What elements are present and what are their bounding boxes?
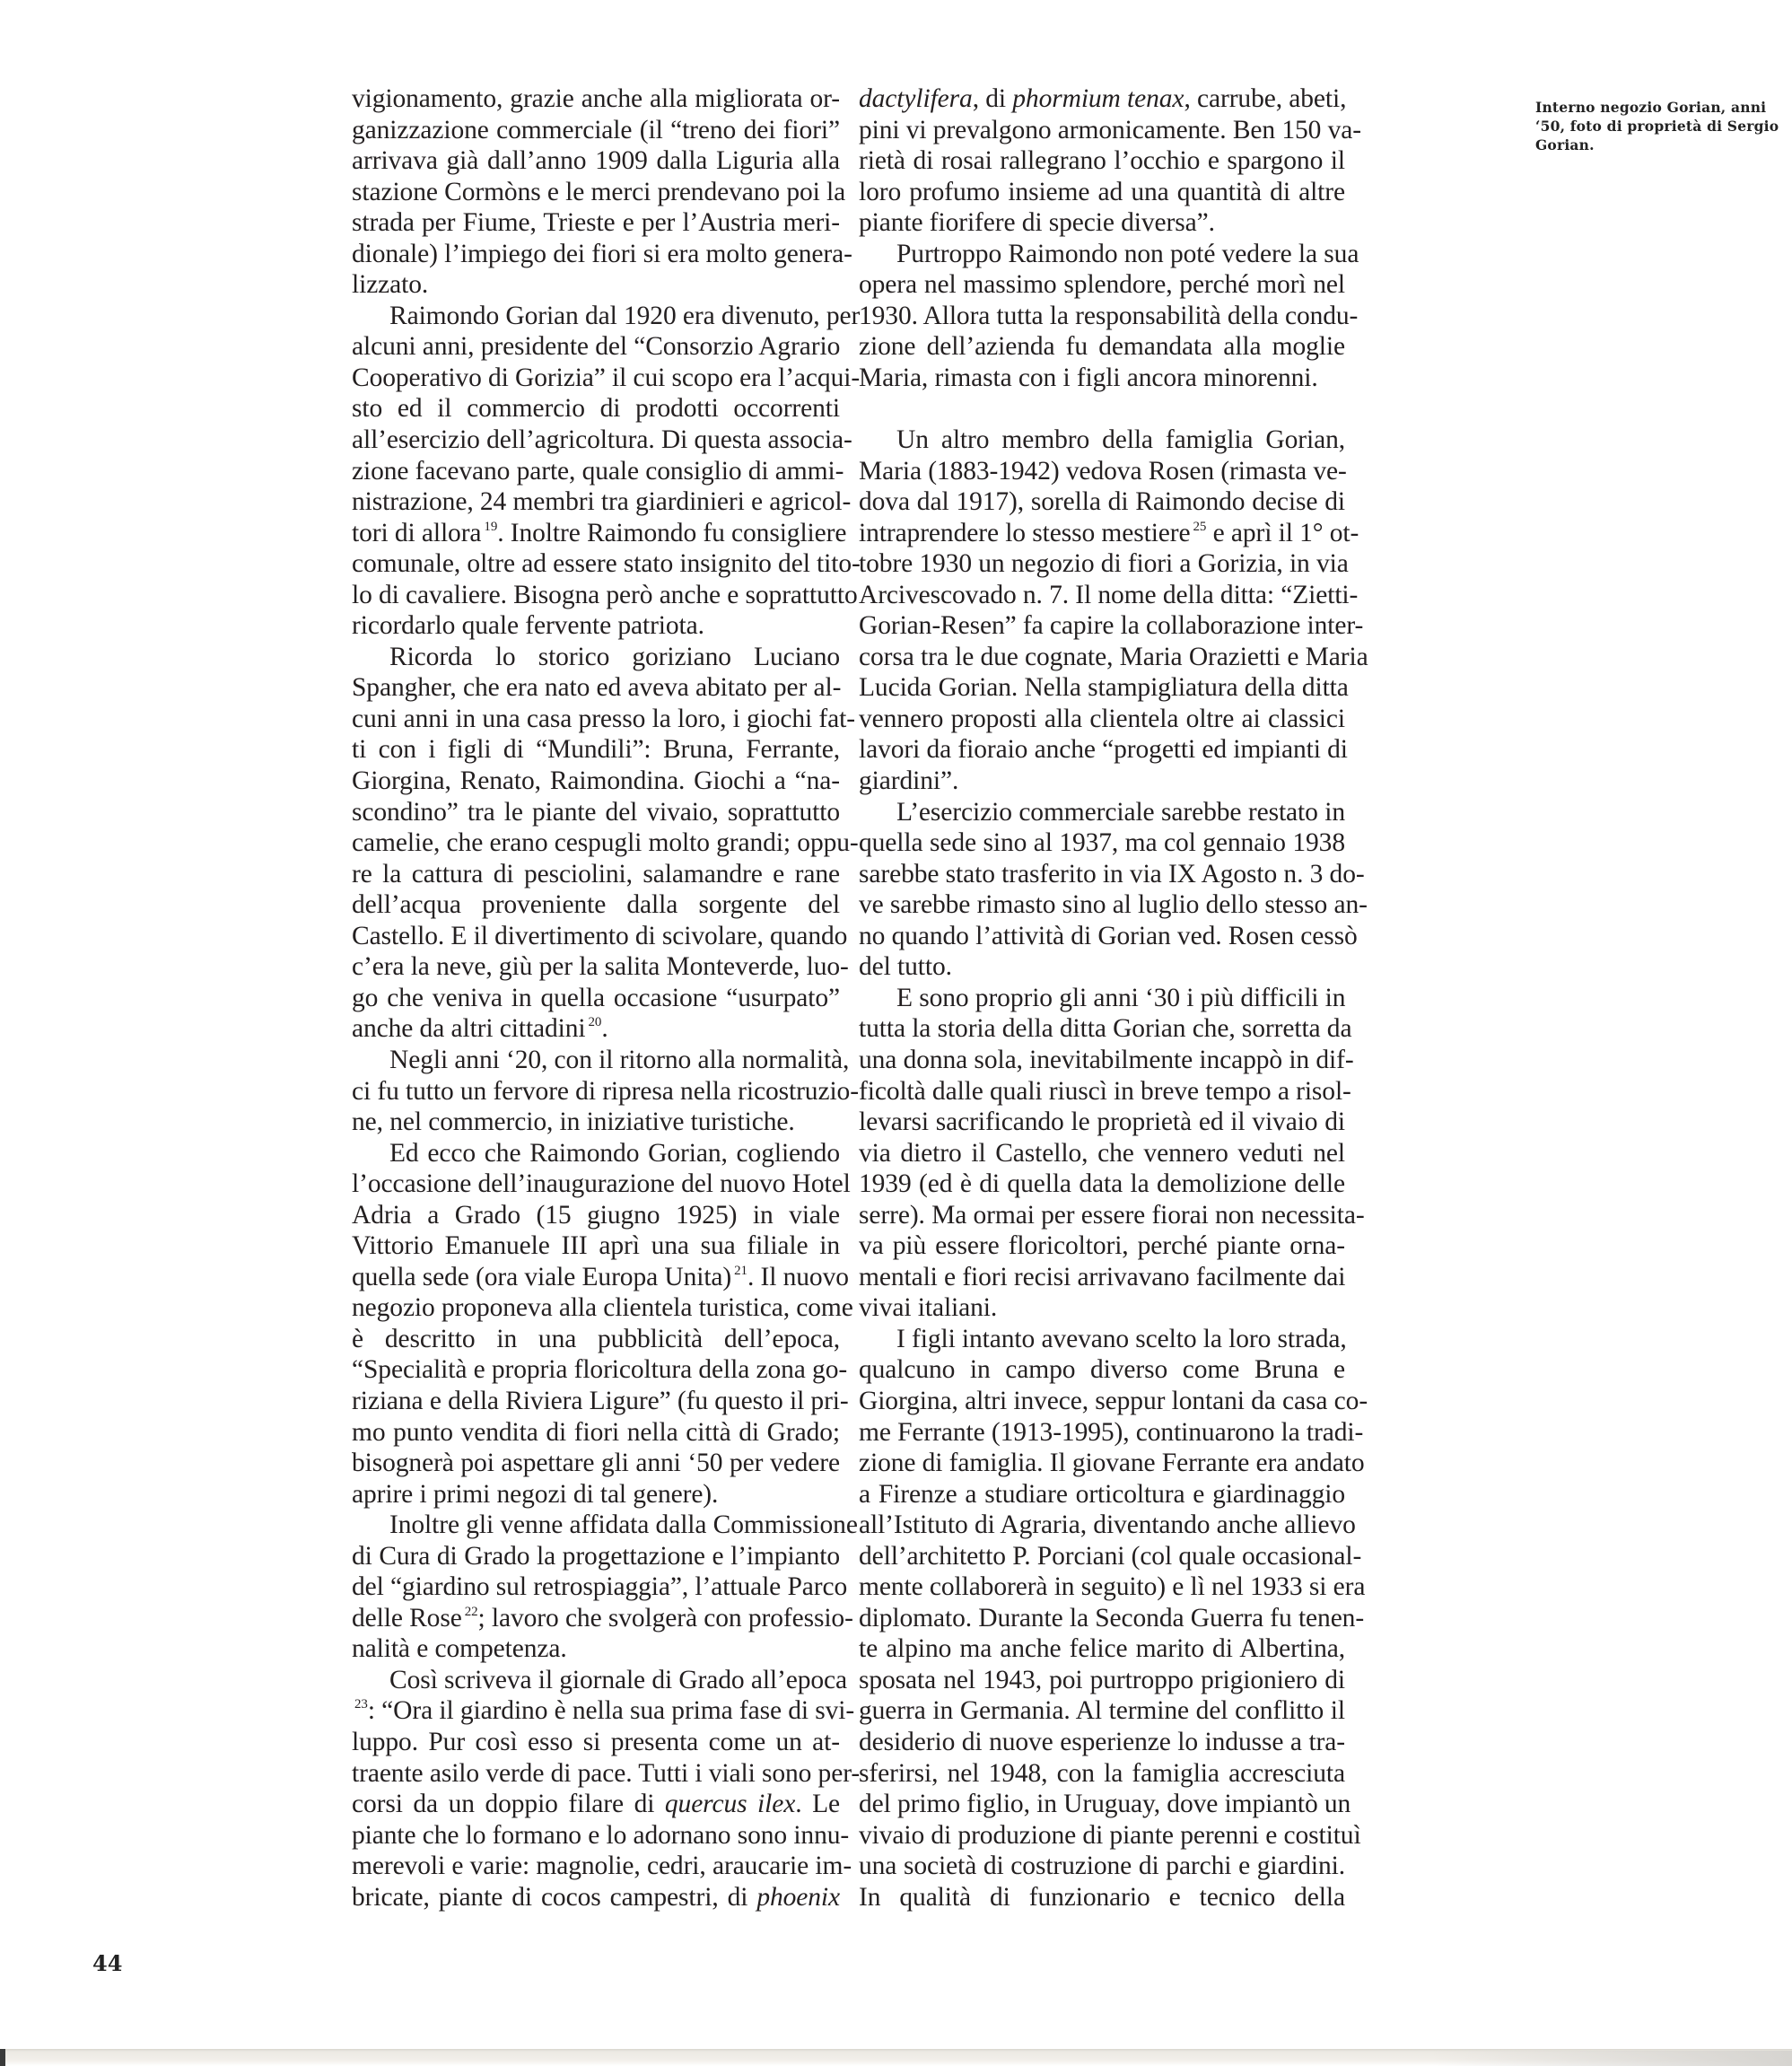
text-segment: arrivava già dall’anno 1909 dalla Liguri… [352, 146, 840, 175]
footnote-ref: 22 [465, 1605, 478, 1619]
text-segment: va più essere floricoltori, perché piant… [859, 1231, 1345, 1260]
text-line: levarsi sacrificando le proprietà ed il … [859, 1107, 1345, 1138]
text-line: Negli anni ‘20, con il ritorno alla norm… [352, 1045, 840, 1076]
scan-bottom-edge [0, 2049, 1792, 2066]
text-segment: dova dal 1917), sorella di Raimondo deci… [859, 487, 1345, 516]
text-line: lizzato. [352, 269, 840, 301]
text-segment: rietà di rosai rallegrano l’occhio e spa… [859, 146, 1345, 175]
text-segment: Vittorio Emanuele III aprì una sua filia… [352, 1231, 840, 1260]
text-line: alcuni anni, presidente del “Consorzio A… [352, 331, 840, 363]
text-segment: sarebbe stato trasferito in via IX Agost… [859, 860, 1365, 889]
text-segment: sferirsi, nel 1948, con la famiglia accr… [859, 1759, 1345, 1788]
text-segment: Giorgina, altri invece, seppur lontani d… [859, 1387, 1368, 1415]
text-line: comunale, oltre ad essere stato insignit… [352, 548, 840, 580]
text-line: piante che lo formano e lo adornano sono… [352, 1820, 840, 1852]
text-line: all’esercizio dell’agricoltura. Di quest… [352, 425, 840, 456]
text-line: Un altro membro della famiglia Gorian, [859, 425, 1345, 456]
text-line: ne, nel commercio, in iniziative turisti… [352, 1107, 840, 1138]
text-segment: di Cura di Grado la progettazione e l’im… [352, 1542, 840, 1571]
text-line: loro profumo insieme ad una quantità di … [859, 177, 1345, 208]
caption-line: Gorian. [1535, 136, 1792, 154]
text-segment: Raimondo Gorian dal 1920 era divenuto, p… [389, 302, 860, 330]
text-line: 1939 (ed è di quella data la demolizione… [859, 1169, 1345, 1200]
text-segment: levarsi sacrificando le proprietà ed il … [859, 1107, 1345, 1136]
text-line: nalità e competenza. [352, 1633, 840, 1665]
text-line: ficoltà dalle quali riuscì in breve temp… [859, 1076, 1345, 1107]
text-segment: Maria, rimasta con i figli ancora minore… [859, 363, 1318, 392]
text-line: Maria (1883-1942) vedova Rosen (rimasta … [859, 456, 1345, 487]
text-segment: all’Istituto di Agraria, diventando anch… [859, 1510, 1356, 1539]
text-line: Arcivescovado n. 7. Il nome della ditta:… [859, 580, 1345, 611]
footnote-ref: 25 [1193, 520, 1207, 534]
text-segment: dell’architetto P. Porciani (col quale o… [859, 1542, 1361, 1571]
page-number: 44 [92, 1950, 122, 1976]
text-segment: vivai italiani. [859, 1293, 997, 1322]
text-line: mentali e fiori recisi arrivavano facilm… [859, 1262, 1345, 1293]
text-segment: Gorian-Resen” fa capire la collaborazion… [859, 611, 1363, 640]
text-segment: re la cattura di pesciolini, salamandre … [352, 860, 840, 889]
text-line: Adria a Grado (15 giugno 1925) in viale [352, 1200, 840, 1231]
text-line: dell’acqua proveniente dalla sorgente de… [352, 889, 840, 921]
text-segment: Ed ecco che Raimondo Gorian, cogliendo [389, 1139, 840, 1168]
text-line: l’occasione dell’inaugurazione del nuovo… [352, 1169, 840, 1200]
text-segment: serre). Ma ormai per essere fiorai non n… [859, 1201, 1365, 1230]
text-segment: Giorgina, Renato, Raimondina. Giochi a “… [352, 766, 840, 795]
text-line: c’era la neve, giù per la salita Monteve… [352, 951, 840, 983]
text-line: negozio proponeva alla clientela turisti… [352, 1292, 840, 1324]
text-segment: e aprì il 1° ot- [1206, 519, 1359, 547]
text-segment: scondino” tra le piante del vivaio, sopr… [352, 798, 840, 827]
text-line: desiderio di nuove esperienze lo indusse… [859, 1727, 1345, 1758]
text-column-left: vigionamento, grazie anche alla migliora… [352, 83, 840, 1913]
text-line: del “giardino sul retrospiaggia”, l’attu… [352, 1571, 840, 1603]
photo-caption: Interno negozio Gorian, anni ‘50, foto d… [1535, 98, 1792, 154]
footnote-ref: 23 [354, 1697, 368, 1711]
text-segment: stazione Cormòns e le merci prendevano p… [352, 178, 845, 206]
text-line: ve sarebbe rimasto sino al luglio dello … [859, 889, 1345, 921]
text-line: Giorgina, Renato, Raimondina. Giochi a “… [352, 766, 840, 797]
text-segment: In qualità di funzionario e tecnico dell… [859, 1883, 1345, 1912]
text-line: dionale) l’impiego dei fiori si era molt… [352, 239, 840, 270]
text-line: cuni anni in una casa presso la loro, i … [352, 704, 840, 735]
text-line: pini vi prevalgono armonicamente. Ben 15… [859, 115, 1345, 146]
text-line: corsi da un doppio filare di quercus ile… [352, 1789, 840, 1820]
text-line: E sono proprio gli anni ‘30 i più diffic… [859, 983, 1345, 1014]
text-segment: cuni anni in una casa presso la loro, i … [352, 705, 855, 733]
text-line: riziana e della Riviera Ligure” (fu ques… [352, 1386, 840, 1417]
footnote-ref: 20 [589, 1015, 602, 1029]
text-segment: intraprendere lo stesso mestiere [859, 519, 1191, 547]
text-line: vigionamento, grazie anche alla migliora… [352, 83, 840, 115]
text-line: Maria, rimasta con i figli ancora minore… [859, 363, 1345, 394]
text-segment: : “Ora il giardino è nella sua prima fas… [368, 1696, 854, 1725]
text-line: no quando l’attività di Gorian ved. Rose… [859, 921, 1345, 952]
text-line: mo punto vendita di fiori nella città di… [352, 1417, 840, 1449]
text-line: lavori da fioraio anche “progetti ed imp… [859, 734, 1345, 766]
text-line: I figli intanto avevano scelto la loro s… [859, 1324, 1345, 1355]
scan-shadow-left [0, 2049, 5, 2066]
text-line: vivaio di produzione di piante perenni e… [859, 1820, 1345, 1852]
italic-term: phormium tenax [1012, 84, 1184, 113]
text-segment: del primo figlio, in Uruguay, dove impia… [859, 1790, 1351, 1818]
italic-term: quercus ilex [665, 1790, 795, 1818]
text-line: del tutto. [859, 951, 1345, 983]
text-line: bisognerà poi aspettare gli anni ‘50 per… [352, 1448, 840, 1479]
text-segment: vigionamento, grazie anche alla migliora… [352, 84, 840, 113]
text-line: va più essere floricoltori, perché piant… [859, 1230, 1345, 1262]
text-line: giardini”. [859, 766, 1345, 797]
text-segment: alcuni anni, presidente del “Consorzio A… [352, 332, 840, 361]
text-line: go che veniva in quella occasione “usurp… [352, 983, 840, 1014]
text-column-right: dactylifera, di phormium tenax, carrube,… [859, 83, 1345, 1913]
text-line: di Cura di Grado la progettazione e l’im… [352, 1541, 840, 1572]
text-segment: 1930. Allora tutta la responsabilità del… [859, 302, 1358, 330]
text-segment: una società di costruzione di parchi e g… [859, 1852, 1345, 1880]
text-segment: corsa tra le due cognate, Maria Oraziett… [859, 643, 1368, 671]
text-segment: 1939 (ed è di quella data la demolizione… [859, 1169, 1345, 1198]
text-segment: tori di allora [352, 519, 481, 547]
text-segment: bricate, piante di cocos campestri, di [352, 1883, 756, 1912]
text-segment: lavori da fioraio anche “progetti ed imp… [859, 735, 1348, 764]
text-segment: Lucida Gorian. Nella stampigliatura dell… [859, 673, 1349, 702]
text-segment: . [601, 1014, 608, 1043]
text-line: una società di costruzione di parchi e g… [859, 1851, 1345, 1882]
text-line: qualcuno in campo diverso come Bruna e [859, 1354, 1345, 1386]
text-line: sferirsi, nel 1948, con la famiglia accr… [859, 1758, 1345, 1790]
text-segment: no quando l’attività di Gorian ved. Rose… [859, 922, 1358, 950]
text-line: piante fiorifere di specie diversa”. [859, 207, 1345, 239]
text-segment: delle Rose [352, 1604, 462, 1633]
text-line: 23: “Ora il giardino è nella sua prima f… [352, 1695, 840, 1727]
text-line: zione di famiglia. Il giovane Ferrante e… [859, 1448, 1345, 1479]
text-line: Così scriveva il giornale di Grado all’e… [352, 1665, 840, 1696]
text-segment: mentali e fiori recisi arrivavano facilm… [859, 1263, 1345, 1291]
text-segment: Un altro membro della famiglia Gorian, [896, 425, 1345, 454]
text-segment: ganizzazione commerciale (il “treno dei … [352, 116, 840, 144]
text-line: tobre 1930 un negozio di fiori a Gorizia… [859, 548, 1345, 580]
text-segment: giardini”. [859, 766, 958, 795]
text-segment: negozio proponeva alla clientela turisti… [352, 1293, 853, 1322]
text-line: dova dal 1917), sorella di Raimondo deci… [859, 486, 1345, 518]
text-line: sarebbe stato trasferito in via IX Agost… [859, 859, 1345, 890]
text-line: In qualità di funzionario e tecnico dell… [859, 1882, 1345, 1913]
text-segment: luppo. Pur così esso si presenta come un… [352, 1728, 840, 1756]
text-line: una donna sola, inevitabilmente incappò … [859, 1045, 1345, 1076]
text-line: dactylifera, di phormium tenax, carrube,… [859, 83, 1345, 115]
text-line: diplomato. Durante la Seconda Guerra fu … [859, 1603, 1345, 1634]
text-segment: nalità e competenza. [352, 1634, 567, 1663]
italic-term: phoenix [756, 1883, 840, 1912]
text-segment: Maria (1883-1942) vedova Rosen (rimasta … [859, 457, 1347, 486]
caption-line: Interno negozio Gorian, anni [1535, 98, 1792, 117]
text-line: Gorian-Resen” fa capire la collaborazion… [859, 610, 1345, 642]
text-line: del primo figlio, in Uruguay, dove impia… [859, 1789, 1345, 1820]
text-line: arrivava già dall’anno 1909 dalla Liguri… [352, 145, 840, 177]
text-segment: all’esercizio dell’agricoltura. Di quest… [352, 425, 852, 454]
text-segment: diplomato. Durante la Seconda Guerra fu … [859, 1604, 1364, 1633]
text-line: tori di allora19. Inoltre Raimondo fu co… [352, 518, 840, 549]
text-line: delle Rose22; lavoro che svolgerà con pr… [352, 1603, 840, 1634]
text-line: stazione Cormòns e le merci prendevano p… [352, 177, 840, 208]
text-segment: Purtroppo Raimondo non poté vedere la su… [896, 240, 1359, 268]
text-segment: . Inoltre Raimondo fu consigliere [497, 519, 846, 547]
text-line: corsa tra le due cognate, Maria Oraziett… [859, 642, 1345, 673]
text-segment: piante che lo formano e lo adornano sono… [352, 1821, 849, 1850]
italic-term: dactylifera [859, 84, 973, 113]
text-segment: Cooperativo di Gorizia” il cui scopo era… [352, 363, 860, 392]
footnote-ref: 21 [734, 1264, 747, 1278]
text-segment: aprire i primi negozi di tal genere). [352, 1480, 718, 1509]
text-segment: ; lavoro che svolgerà con professio- [478, 1604, 853, 1633]
text-segment: Spangher, che era nato ed aveva abitato … [352, 673, 841, 702]
text-line: Purtroppo Raimondo non poté vedere la su… [859, 239, 1345, 270]
text-segment: ne, nel commercio, in iniziative turisti… [352, 1107, 795, 1136]
text-line: Inoltre gli venne affidata dalla Commiss… [352, 1510, 840, 1541]
text-line: 1930. Allora tutta la responsabilità del… [859, 301, 1345, 332]
text-segment: . Il nuovo [747, 1263, 849, 1291]
text-line: Castello. E il divertimento di scivolare… [352, 921, 840, 952]
text-line: ci fu tutto un fervore di ripresa nella … [352, 1076, 840, 1107]
text-line: ganizzazione commerciale (il “treno dei … [352, 115, 840, 146]
text-line: Cooperativo di Gorizia” il cui scopo era… [352, 363, 840, 394]
text-line: è descritto in una pubblicità dell’epoca… [352, 1324, 840, 1355]
text-segment: l’occasione dell’inaugurazione del nuovo… [352, 1169, 851, 1198]
text-segment: go che veniva in quella occasione “usurp… [352, 984, 840, 1012]
text-line: lo di cavaliere. Bisogna però anche e so… [352, 580, 840, 611]
text-segment: ficoltà dalle quali riuscì in breve temp… [859, 1077, 1351, 1106]
scan-shadow-right [1433, 2051, 1792, 2066]
text-segment: del “giardino sul retrospiaggia”, l’attu… [352, 1572, 847, 1601]
text-segment: pini vi prevalgono armonicamente. Ben 15… [859, 116, 1361, 144]
text-line: anche da altri cittadini20. [352, 1013, 840, 1045]
text-line: aprire i primi negozi di tal genere). [352, 1479, 840, 1510]
text-segment: ve sarebbe rimasto sino al luglio dello … [859, 890, 1368, 919]
text-segment: . Le [795, 1790, 840, 1818]
text-segment: una donna sola, inevitabilmente incappò … [859, 1046, 1354, 1074]
text-segment: dionale) l’impiego dei fiori si era molt… [352, 240, 852, 268]
text-segment: merevoli e varie: magnolie, cedri, arauc… [352, 1852, 852, 1880]
text-line: merevoli e varie: magnolie, cedri, arauc… [352, 1851, 840, 1882]
text-line: ricordarlo quale fervente patriota. [352, 610, 840, 642]
text-line: re la cattura di pesciolini, salamandre … [352, 859, 840, 890]
text-segment: , carrube, abeti, [1184, 84, 1346, 113]
text-line: dell’architetto P. Porciani (col quale o… [859, 1541, 1345, 1572]
text-segment: mo punto vendita di fiori nella città di… [352, 1418, 840, 1447]
text-segment: Adria a Grado (15 giugno 1925) in viale [352, 1201, 840, 1230]
text-segment: E sono proprio gli anni ‘30 i più diffic… [896, 984, 1345, 1012]
text-segment: qualcuno in campo diverso come Bruna e [859, 1355, 1345, 1384]
text-segment: comunale, oltre ad essere stato insignit… [352, 549, 861, 578]
text-line: mente collaborerà in seguito) e lì nel 1… [859, 1571, 1345, 1603]
text-line: traente asilo verde di pace. Tutti i via… [352, 1758, 840, 1790]
text-segment: riziana e della Riviera Ligure” (fu ques… [352, 1387, 849, 1415]
text-segment: è descritto in una pubblicità dell’epoca… [352, 1325, 840, 1353]
text-segment: zione facevano parte, quale consiglio di… [352, 457, 844, 486]
text-segment: anche da altri cittadini [352, 1014, 586, 1043]
text-segment: me Ferrante (1913-1995), continuarono la… [859, 1418, 1363, 1447]
text-segment: Ricorda lo storico goriziano Luciano [389, 643, 840, 671]
text-segment: guerra in Germania. Al termine del confl… [859, 1696, 1345, 1725]
text-segment: strada per Fiume, Trieste e per l’Austri… [352, 208, 840, 237]
text-line: Lucida Gorian. Nella stampigliatura dell… [859, 672, 1345, 704]
text-line: opera nel massimo splendore, perché morì… [859, 269, 1345, 301]
footnote-ref: 19 [484, 520, 497, 534]
blank-line [859, 393, 1345, 425]
text-segment: Castello. E il divertimento di scivolare… [352, 922, 847, 950]
text-line: strada per Fiume, Trieste e per l’Austri… [352, 207, 840, 239]
text-segment: loro profumo insieme ad una quantità di … [859, 178, 1345, 206]
text-line: nistrazione, 24 membri tra giardinieri e… [352, 486, 840, 518]
text-segment: zione dell’azienda fu demandata alla mog… [859, 332, 1345, 361]
text-segment: Negli anni ‘20, con il ritorno alla norm… [389, 1046, 849, 1074]
caption-line: ‘50, foto di proprietà di Sergio [1535, 117, 1792, 136]
text-line: ti con i figli di “Mundili”: Bruna, Ferr… [352, 734, 840, 766]
text-segment: ti con i figli di “Mundili”: Bruna, Ferr… [352, 735, 840, 764]
text-line: “Specialità e propria floricoltura della… [352, 1354, 840, 1386]
text-segment: sto ed il commercio di prodotti occorren… [352, 394, 840, 423]
text-line: guerra in Germania. Al termine del confl… [859, 1695, 1345, 1727]
text-line: sposata nel 1943, poi purtroppo prigioni… [859, 1665, 1345, 1696]
text-line: Ed ecco che Raimondo Gorian, cogliendo [352, 1138, 840, 1169]
text-segment: corsi da un doppio filare di [352, 1790, 665, 1818]
text-line: L’esercizio commerciale sarebbe restato … [859, 797, 1345, 828]
text-segment: vennero proposti alla clientela oltre ai… [859, 705, 1345, 733]
text-segment: zione di famiglia. Il giovane Ferrante e… [859, 1449, 1365, 1477]
text-line: zione facevano parte, quale consiglio di… [352, 456, 840, 487]
text-segment: opera nel massimo splendore, perché morì… [859, 270, 1345, 299]
text-segment: te alpino ma anche felice marito di Albe… [859, 1634, 1345, 1663]
text-line: via dietro il Castello, che vennero vedu… [859, 1138, 1345, 1169]
text-segment: del tutto. [859, 952, 952, 981]
text-segment: c’era la neve, giù per la salita Monteve… [352, 952, 849, 981]
text-segment: nistrazione, 24 membri tra giardinieri e… [352, 487, 851, 516]
text-line: me Ferrante (1913-1995), continuarono la… [859, 1417, 1345, 1449]
text-segment: camelie, che erano cespugli molto grandi… [352, 828, 859, 857]
text-segment: Arcivescovado n. 7. Il nome della ditta:… [859, 581, 1358, 609]
text-line: quella sede (ora viale Europa Unita)21. … [352, 1262, 840, 1293]
text-segment: a Firenze a studiare orticoltura e giard… [859, 1480, 1345, 1509]
text-line: Raimondo Gorian dal 1920 era divenuto, p… [352, 301, 840, 332]
text-line: Ricorda lo storico goriziano Luciano [352, 642, 840, 673]
text-segment: ci fu tutto un fervore di ripresa nella … [352, 1077, 859, 1106]
text-line: all’Istituto di Agraria, diventando anch… [859, 1510, 1345, 1541]
text-segment: bisognerà poi aspettare gli anni ‘50 per… [352, 1449, 840, 1477]
text-line: serre). Ma ormai per essere fiorai non n… [859, 1200, 1345, 1231]
text-segment: ricordarlo quale fervente patriota. [352, 611, 704, 640]
text-line: intraprendere lo stesso mestiere25 e apr… [859, 518, 1345, 549]
text-segment: Così scriveva il giornale di Grado all’e… [389, 1666, 847, 1694]
text-line: vivai italiani. [859, 1292, 1345, 1324]
text-line: tutta la storia della ditta Gorian che, … [859, 1013, 1345, 1045]
text-line: luppo. Pur così esso si presenta come un… [352, 1727, 840, 1758]
text-line: rietà di rosai rallegrano l’occhio e spa… [859, 145, 1345, 177]
text-line: Vittorio Emanuele III aprì una sua filia… [352, 1230, 840, 1262]
text-line: a Firenze a studiare orticoltura e giard… [859, 1479, 1345, 1510]
text-segment: desiderio di nuove esperienze lo indusse… [859, 1728, 1345, 1756]
text-segment: tutta la storia della ditta Gorian che, … [859, 1014, 1351, 1043]
text-line: zione dell’azienda fu demandata alla mog… [859, 331, 1345, 363]
text-segment: tobre 1930 un negozio di fiori a Gorizia… [859, 549, 1349, 578]
text-segment: “Specialità e propria floricoltura della… [352, 1355, 847, 1384]
text-segment: I figli intanto avevano scelto la loro s… [896, 1325, 1347, 1353]
text-line: Spangher, che era nato ed aveva abitato … [352, 672, 840, 704]
text-segment: quella sede sino al 1937, ma col gennaio… [859, 828, 1345, 857]
text-segment: piante fiorifere di specie diversa”. [859, 208, 1215, 237]
text-segment: traente asilo verde di pace. Tutti i via… [352, 1759, 860, 1788]
text-segment: lizzato. [352, 270, 428, 299]
text-line: te alpino ma anche felice marito di Albe… [859, 1633, 1345, 1665]
text-segment: , di [973, 84, 1013, 113]
text-segment: dell’acqua proveniente dalla sorgente de… [352, 890, 840, 919]
text-line: camelie, che erano cespugli molto grandi… [352, 827, 840, 859]
text-segment: quella sede (ora viale Europa Unita) [352, 1263, 731, 1291]
text-line: sto ed il commercio di prodotti occorren… [352, 393, 840, 425]
text-line: Giorgina, altri invece, seppur lontani d… [859, 1386, 1345, 1417]
text-segment: via dietro il Castello, che vennero vedu… [859, 1139, 1345, 1168]
text-segment: Inoltre gli venne affidata dalla Commiss… [389, 1510, 858, 1539]
text-line: bricate, piante di cocos campestri, di p… [352, 1882, 840, 1913]
text-line: scondino” tra le piante del vivaio, sopr… [352, 797, 840, 828]
text-segment: mente collaborerà in seguito) e lì nel 1… [859, 1572, 1365, 1601]
text-line: vennero proposti alla clientela oltre ai… [859, 704, 1345, 735]
text-segment: L’esercizio commerciale sarebbe restato … [896, 798, 1345, 827]
text-segment: lo di cavaliere. Bisogna però anche e so… [352, 581, 858, 609]
text-segment: vivaio di produzione di piante perenni e… [859, 1821, 1361, 1850]
text-segment: sposata nel 1943, poi purtroppo prigioni… [859, 1666, 1345, 1694]
text-line: quella sede sino al 1937, ma col gennaio… [859, 827, 1345, 859]
